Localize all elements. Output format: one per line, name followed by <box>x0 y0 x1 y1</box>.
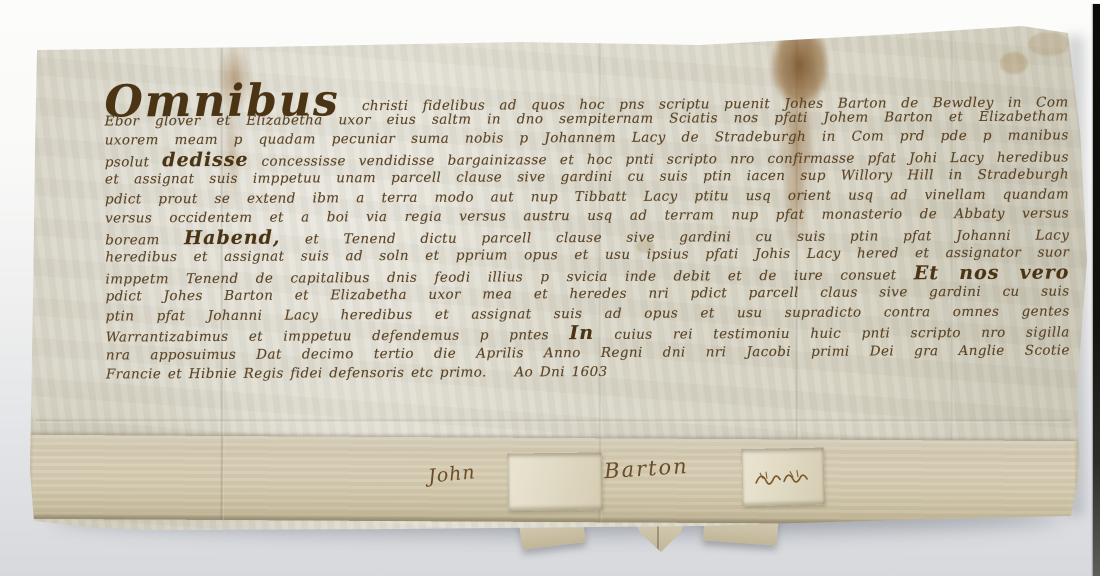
parchment-sheet: Omnibus christi fidelibus ad quos hoc pn… <box>0 0 1100 576</box>
emphasized-word: In <box>569 322 594 344</box>
seal-tag-scribble-icon <box>752 462 813 493</box>
scanned-deed-photo: Omnibus christi fidelibus ad quos hoc pn… <box>0 0 1100 576</box>
foxing-spot <box>1000 52 1028 74</box>
deed-text: Omnibus christi fidelibus ad quos hoc pn… <box>104 0 1068 3</box>
fold-crease-horizontal <box>36 418 1071 423</box>
deed-text-segment: Ebor glover et Elizabetha uxor eius salt… <box>105 108 1069 129</box>
deed-text-segment: ptin pfat Johanni Lacy heredibus et assi… <box>106 303 1070 324</box>
seal-tag-slot-1 <box>508 452 603 510</box>
deed-text-segment: versus occidentem et a boi via regia ver… <box>105 205 1069 226</box>
deed-text-segment: Warrantizabimus et imppetuu defendemus p… <box>106 327 549 345</box>
emphasized-word: dedisse <box>162 148 248 170</box>
deed-text-segment: pdict prout se extend ibm a terra modo a… <box>105 186 1069 207</box>
emphasized-word: Habend, <box>184 226 280 249</box>
initial-word: Omnibus <box>105 96 340 107</box>
seal-tag-slot-2 <box>741 448 824 507</box>
scan-edge-strip <box>1093 4 1100 576</box>
deed-text-segment: psolut <box>105 154 150 170</box>
deed-text-segment: pdict Johes Barton et Elizabetha uxor me… <box>106 283 1070 304</box>
foxing-spot <box>1028 32 1070 56</box>
emphasized-word: Et nos vero <box>914 261 1070 284</box>
deed-text-segment: et assignat suis imppetuu unam parcell c… <box>105 166 1069 187</box>
fold-crease <box>220 436 225 520</box>
signature-john: John <box>427 461 476 488</box>
signature-barton: Barton <box>603 454 689 483</box>
deed-text-segment: uxorem meam p quadam pecuniar suma nobis… <box>105 127 1069 148</box>
deed-text-segment: boream <box>105 232 160 248</box>
deed-text-segment: cuius rei testimoniu huic pnti scripto n… <box>614 324 1069 342</box>
deed-text-segment: nra apposuimus Dat decimo tertio die Apr… <box>106 342 1070 363</box>
plica-fold: John Barton <box>30 435 1077 525</box>
deed-text-segment: Francie et Hibnie Regis fidei defensoris… <box>106 364 608 383</box>
